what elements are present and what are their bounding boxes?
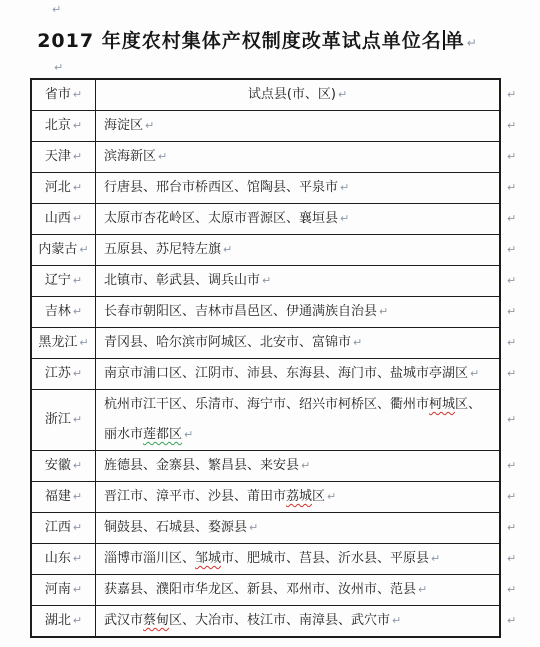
table-row: 浙江↵杭州市江干区、乐清市、海宁市、绍兴市柯桥区、衢州市柯城区、丽水市莲都区↵↵ xyxy=(31,390,524,451)
pilot-counties-cell[interactable]: 太原市杏花岭区、太原市晋源区、襄垣县↵ xyxy=(96,204,501,235)
paragraph-mark: ↵ xyxy=(507,119,516,132)
cell-text: 滨海新区 xyxy=(104,149,156,164)
cell-text: 旌德县、金寨县、繁昌县、来安县 xyxy=(104,458,299,473)
cell-text: 北镇市、彰武县、调兵山市 xyxy=(104,273,260,288)
province-cell[interactable]: 山东↵ xyxy=(31,544,96,575)
paragraph-mark: ↵ xyxy=(223,243,232,256)
province-cell[interactable]: 山西↵ xyxy=(31,204,96,235)
pilot-counties-cell[interactable]: 滨海新区↵ xyxy=(96,142,501,173)
paragraph-mark: ↵ xyxy=(507,150,516,163)
paragraph-mark: ↵ xyxy=(73,521,82,534)
cell-text: 青冈县、哈尔滨市阿城区、北安市、富锦市 xyxy=(104,335,351,350)
table-row: 辽宁↵北镇市、彰武县、调兵山市↵↵ xyxy=(31,266,524,297)
paragraph-mark: ↵ xyxy=(73,150,82,163)
cell-text: 淄博市淄川区、 xyxy=(104,551,195,566)
pilot-units-table: 省市↵试点县(市、区)↵↵北京↵海淀区↵↵天津↵滨海新区↵↵河北↵行唐县、邢台市… xyxy=(30,78,525,638)
row-end-mark-cell: ↵ xyxy=(500,297,524,328)
table-row: 安徽↵旌德县、金寨县、繁昌县、来安县↵↵ xyxy=(31,451,524,482)
paragraph-mark: ↵ xyxy=(379,305,388,318)
province-label: 河南 xyxy=(45,582,71,597)
province-label: 天津 xyxy=(45,149,71,164)
pilot-counties-cell[interactable]: 获嘉县、濮阳市华龙区、新县、邓州市、汝州市、范县↵ xyxy=(96,575,501,606)
cell-text: 区、 xyxy=(455,397,481,412)
pilot-counties-cell[interactable]: 北镇市、彰武县、调兵山市↵ xyxy=(96,266,501,297)
pilot-counties-cell[interactable]: 淄博市淄川区、邹城市、肥城市、莒县、沂水县、平原县↵ xyxy=(96,544,501,575)
pilot-units-table-body: 省市↵试点县(市、区)↵↵北京↵海淀区↵↵天津↵滨海新区↵↵河北↵行唐县、邢台市… xyxy=(31,79,524,637)
province-cell[interactable]: 河北↵ xyxy=(31,173,96,204)
province-label: 江西 xyxy=(45,520,71,535)
paragraph-mark: ↵ xyxy=(470,367,479,380)
paragraph-mark: ↵ xyxy=(301,459,310,472)
paragraph-mark: ↵ xyxy=(79,243,88,256)
row-end-mark-cell: ↵ xyxy=(500,513,524,544)
pilot-counties-cell[interactable]: 五原县、苏尼特左旗↵ xyxy=(96,235,501,266)
table-row: 河北↵行唐县、邢台市桥西区、馆陶县、平泉市↵↵ xyxy=(31,173,524,204)
paragraph-mark: ↵ xyxy=(392,614,401,627)
row-end-mark-cell: ↵ xyxy=(500,606,524,638)
province-label: 黑龙江 xyxy=(38,335,77,350)
paragraph-mark: ↵ xyxy=(507,413,516,426)
misspelled-text: 蔡甸 xyxy=(143,613,169,628)
paragraph-mark: ↵ xyxy=(507,614,516,627)
row-end-mark-cell: ↵ xyxy=(500,575,524,606)
grammar-flagged-text: 莲都区 xyxy=(143,427,182,442)
table-row: 天津↵滨海新区↵↵ xyxy=(31,142,524,173)
table-row: 山东↵淄博市淄川区、邹城市、肥城市、莒县、沂水县、平原县↵↵ xyxy=(31,544,524,575)
pilot-counties-cell[interactable]: 长春市朝阳区、吉林市昌邑区、伊通满族自治县↵ xyxy=(96,297,501,328)
paragraph-mark: ↵ xyxy=(431,552,440,565)
table-row: 黑龙江↵青冈县、哈尔滨市阿城区、北安市、富锦市↵↵ xyxy=(31,328,524,359)
paragraph-mark: ↵ xyxy=(73,119,82,132)
province-cell[interactable]: 吉林↵ xyxy=(31,297,96,328)
table-row: 江西↵铜鼓县、石城县、婺源县↵↵ xyxy=(31,513,524,544)
paragraph-mark: ↵ xyxy=(507,552,516,565)
row-end-mark-cell: ↵ xyxy=(500,390,524,451)
province-label: 福建 xyxy=(45,489,71,504)
row-end-mark-cell: ↵ xyxy=(500,266,524,297)
paragraph-mark: ↵ xyxy=(73,274,82,287)
province-label: 吉林 xyxy=(45,304,71,319)
table-row: 福建↵晋江市、漳平市、沙县、莆田市荔城区↵↵ xyxy=(31,482,524,513)
title-text-before-cursor: 2017 年度农村集体产权制度改革试点单位名 xyxy=(37,30,442,52)
paragraph-mark: ↵ xyxy=(507,490,516,503)
paragraph-mark: ↵ xyxy=(262,274,271,287)
cell-text: 五原县、苏尼特左旗 xyxy=(104,242,221,257)
paragraph-mark: ↵ xyxy=(507,521,516,534)
paragraph-mark: ↵ xyxy=(340,181,349,194)
paragraph-mark: ↵ xyxy=(73,212,82,225)
province-header-cell[interactable]: 省市↵ xyxy=(31,79,96,111)
province-label: 山西 xyxy=(45,211,71,226)
province-label: 内蒙古 xyxy=(38,242,77,257)
paragraph-mark: ↵ xyxy=(73,583,82,596)
table-row: 山西↵太原市杏花岭区、太原市晋源区、襄垣县↵↵ xyxy=(31,204,524,235)
paragraph-mark: ↵ xyxy=(507,367,516,380)
paragraph-mark: ↵ xyxy=(467,36,477,50)
table-row: 吉林↵长春市朝阳区、吉林市昌邑区、伊通满族自治县↵↵ xyxy=(31,297,524,328)
cell-text: 获嘉县、濮阳市华龙区、新县、邓州市、汝州市、范县 xyxy=(104,582,416,597)
page-title[interactable]: 2017 年度农村集体产权制度改革试点单位名单↵ xyxy=(0,26,514,53)
paragraph-mark: ↵ xyxy=(249,521,258,534)
paragraph-mark: ↵ xyxy=(340,212,349,225)
row-end-mark-cell: ↵ xyxy=(500,142,524,173)
paragraph-mark: ↵ xyxy=(507,336,516,349)
province-cell[interactable]: 内蒙古↵ xyxy=(31,235,96,266)
paragraph-mark: ↵ xyxy=(79,336,88,349)
table-row: 河南↵获嘉县、濮阳市华龙区、新县、邓州市、汝州市、范县↵↵ xyxy=(31,575,524,606)
pilot-header-cell[interactable]: 试点县(市、区)↵ xyxy=(96,79,501,111)
pilot-counties-cell[interactable]: 杭州市江干区、乐清市、海宁市、绍兴市柯桥区、衢州市柯城区、丽水市莲都区↵ xyxy=(96,390,501,451)
cell-text: 武汉市 xyxy=(104,613,143,628)
province-cell[interactable]: 北京↵ xyxy=(31,111,96,142)
cell-text: 行唐县、邢台市桥西区、馆陶县、平泉市 xyxy=(104,180,338,195)
cell-text: 太原市杏花岭区、太原市晋源区、襄垣县 xyxy=(104,211,338,226)
misspelled-text: 荔城 xyxy=(286,489,312,504)
province-label: 安徽 xyxy=(45,458,71,473)
pilot-header-label: 试点县(市、区) xyxy=(248,87,336,102)
paragraph-mark: ↵ xyxy=(158,150,167,163)
province-label: 浙江 xyxy=(45,412,71,427)
pilot-counties-cell[interactable]: 旌德县、金寨县、繁昌县、来安县↵ xyxy=(96,451,501,482)
table-header-row: 省市↵试点县(市、区)↵↵ xyxy=(31,79,524,111)
cell-text: 区 xyxy=(312,489,325,504)
province-label: 河北 xyxy=(45,180,71,195)
province-label: 辽宁 xyxy=(45,273,71,288)
pilot-counties-cell[interactable]: 海淀区↵ xyxy=(96,111,501,142)
province-cell[interactable]: 黑龙江↵ xyxy=(31,328,96,359)
province-cell[interactable]: 江西↵ xyxy=(31,513,96,544)
row-end-mark-cell: ↵ xyxy=(500,482,524,513)
province-cell[interactable]: 湖北↵ xyxy=(31,606,96,638)
cell-text: 南京市浦口区、江阴市、沛县、东海县、海门市、盐城市亭湖区 xyxy=(104,366,468,381)
row-end-mark-cell: ↵ xyxy=(500,79,524,111)
paragraph-mark: ↵ xyxy=(507,583,516,596)
province-label: 湖北 xyxy=(45,613,71,628)
province-cell[interactable]: 福建↵ xyxy=(31,482,96,513)
pilot-counties-cell[interactable]: 武汉市蔡甸区、大冶市、枝江市、南漳县、武穴市↵ xyxy=(96,606,501,638)
pilot-counties-cell[interactable]: 铜鼓县、石城县、婺源县↵ xyxy=(96,513,501,544)
row-end-mark-cell: ↵ xyxy=(500,328,524,359)
province-cell[interactable]: 浙江↵ xyxy=(31,390,96,451)
paragraph-mark: ↵ xyxy=(507,243,516,256)
province-cell[interactable]: 江苏↵ xyxy=(31,359,96,390)
misspelled-text: 柯城 xyxy=(429,397,455,412)
title-text-after-cursor: 单 xyxy=(445,30,465,52)
paragraph-mark: ↵ xyxy=(54,62,63,73)
paragraph-mark: ↵ xyxy=(353,336,362,349)
province-cell[interactable]: 安徽↵ xyxy=(31,451,96,482)
cell-text: 海淀区 xyxy=(104,118,143,133)
province-label: 山东 xyxy=(45,551,71,566)
pilot-counties-cell[interactable]: 行唐县、邢台市桥西区、馆陶县、平泉市↵ xyxy=(96,173,501,204)
paragraph-mark: ↵ xyxy=(73,88,82,101)
province-header-label: 省市 xyxy=(45,87,71,102)
paragraph-mark: ↵ xyxy=(507,459,516,472)
row-end-mark-cell: ↵ xyxy=(500,544,524,575)
paragraph-mark: ↵ xyxy=(73,490,82,503)
cell-text: 市、肥城市、莒县、沂水县、平原县 xyxy=(221,551,429,566)
paragraph-mark: ↵ xyxy=(184,428,193,441)
row-end-mark-cell: ↵ xyxy=(500,451,524,482)
cell-text: 杭州市江干区、乐清市、海宁市、绍兴市柯桥区、衢州市 xyxy=(104,397,429,412)
paragraph-mark: ↵ xyxy=(73,552,82,565)
province-label: 北京 xyxy=(45,118,71,133)
paragraph-mark: ↵ xyxy=(507,212,516,225)
cell-text: 长春市朝阳区、吉林市昌邑区、伊通满族自治县 xyxy=(104,304,377,319)
paragraph-mark: ↵ xyxy=(507,305,516,318)
paragraph-mark: ↵ xyxy=(507,274,516,287)
paragraph-mark: ↵ xyxy=(145,119,154,132)
table-row: 湖北↵武汉市蔡甸区、大冶市、枝江市、南漳县、武穴市↵↵ xyxy=(31,606,524,638)
paragraph-mark: ↵ xyxy=(338,88,347,101)
table-row: 内蒙古↵五原县、苏尼特左旗↵↵ xyxy=(31,235,524,266)
paragraph-mark: ↵ xyxy=(52,4,61,15)
province-cell[interactable]: 天津↵ xyxy=(31,142,96,173)
row-end-mark-cell: ↵ xyxy=(500,235,524,266)
paragraph-mark: ↵ xyxy=(418,583,427,596)
province-label: 江苏 xyxy=(45,366,71,381)
row-end-mark-cell: ↵ xyxy=(500,111,524,142)
pilot-counties-cell[interactable]: 青冈县、哈尔滨市阿城区、北安市、富锦市↵ xyxy=(96,328,501,359)
cell-text: 晋江市、漳平市、沙县、莆田市 xyxy=(104,489,286,504)
table-row: 北京↵海淀区↵↵ xyxy=(31,111,524,142)
pilot-counties-cell[interactable]: 晋江市、漳平市、沙县、莆田市荔城区↵ xyxy=(96,482,501,513)
cell-text: 区、大冶市、枝江市、南漳县、武穴市 xyxy=(169,613,390,628)
row-end-mark-cell: ↵ xyxy=(500,359,524,390)
table-row: 江苏↵南京市浦口区、江阴市、沛县、东海县、海门市、盐城市亭湖区↵↵ xyxy=(31,359,524,390)
paragraph-mark: ↵ xyxy=(73,413,82,426)
paragraph-mark: ↵ xyxy=(73,181,82,194)
cell-text: 丽水市 xyxy=(104,427,143,442)
pilot-counties-cell[interactable]: 南京市浦口区、江阴市、沛县、东海县、海门市、盐城市亭湖区↵ xyxy=(96,359,501,390)
paragraph-mark: ↵ xyxy=(507,88,516,101)
province-cell[interactable]: 河南↵ xyxy=(31,575,96,606)
row-end-mark-cell: ↵ xyxy=(500,173,524,204)
paragraph-mark: ↵ xyxy=(507,181,516,194)
province-cell[interactable]: 辽宁↵ xyxy=(31,266,96,297)
misspelled-text: 邹城 xyxy=(195,551,221,566)
cell-text: 铜鼓县、石城县、婺源县 xyxy=(104,520,247,535)
row-end-mark-cell: ↵ xyxy=(500,204,524,235)
paragraph-mark: ↵ xyxy=(73,367,82,380)
paragraph-mark: ↵ xyxy=(327,490,336,503)
paragraph-mark: ↵ xyxy=(73,459,82,472)
paragraph-mark: ↵ xyxy=(73,305,82,318)
paragraph-mark: ↵ xyxy=(73,614,82,627)
